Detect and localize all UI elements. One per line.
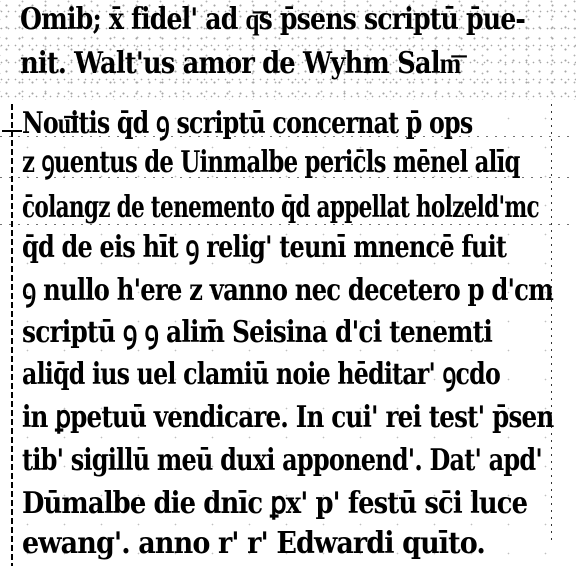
charter-line-10: in ꝑpetuū vendicare. In cui' rei test' p…	[22, 400, 553, 436]
charter-line-7: ꝯ nullo h'ere z vanno nec decetero p d'c…	[22, 273, 553, 309]
charter-line-11: tib' sigillū meū duxi apponend'. Dat' ap…	[22, 443, 542, 479]
charter-line-2: nit. Walt'us amor de Wyhm Salm͞	[20, 46, 460, 82]
charter-line-8: scriptū ꝯ ꝯ alim̄ Seisina d'ci tenemti	[22, 315, 492, 351]
charter-line-9: aliq̄d ius uel clamiū noie hēditar' ꝯcdo	[22, 357, 500, 393]
left-margin-ruling	[11, 104, 13, 566]
right-margin-ruling	[551, 104, 552, 544]
charter-line-12: Dūmalbe die dnīc ꝑx' p' festū sc̄i luce	[22, 486, 527, 522]
charter-line-6: q̄d de eis hīt ꝯ relig' teunī mnencē fui…	[22, 230, 506, 266]
charter-line-3: Nou͞itis q̄d ꝯ scriptū concernat p̄ ops	[22, 106, 472, 142]
manuscript-page: Omib; x̄ fidel' ad q͞s p̄sens scriptū p̄…	[0, 0, 576, 571]
charter-line-1: Omib; x̄ fidel' ad q͞s p̄sens scriptū p̄…	[20, 2, 525, 38]
margin-cross-mark	[2, 130, 22, 132]
charter-line-5: c̄olangz de tenemento q̄d appellat holze…	[22, 190, 539, 226]
charter-line-13: ewang'. anno r' r' Edwardi quīto.	[22, 526, 485, 562]
charter-line-4: z ꝯuentus de Uinmalbe peric̄ls mēnel alī…	[22, 145, 520, 181]
